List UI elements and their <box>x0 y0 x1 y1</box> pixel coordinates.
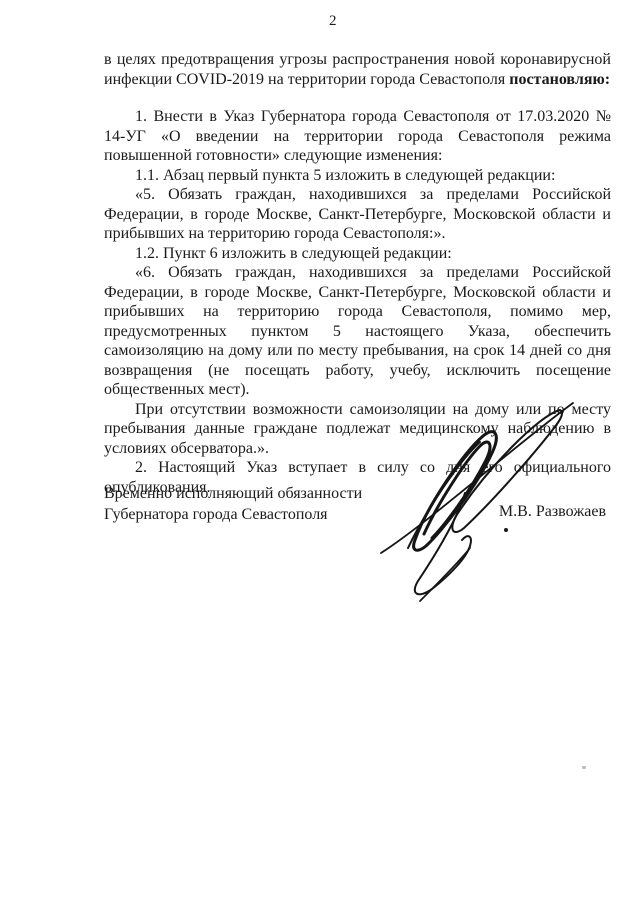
document-body: в целях предотвращения угрозы распростра… <box>104 50 611 497</box>
intro-paragraph: в целях предотвращения угрозы распростра… <box>104 50 611 89</box>
paragraph-item-1: 1. Внести в Указ Губернатора города Сева… <box>104 107 611 166</box>
document-page: 2 в целях предотвращения угрозы распрост… <box>0 0 639 904</box>
signatory-name: М.В. Развожаев <box>499 501 606 522</box>
intro-bold-resolution-word: постановляю: <box>509 71 610 88</box>
ink-dot <box>504 528 508 532</box>
signature-block: Временно исполняющий обязанности Губерна… <box>104 483 611 525</box>
page-number: 2 <box>104 13 562 30</box>
paragraph-observation: При отсутствии возможности самоизоляции … <box>104 400 611 459</box>
paragraph-item-1-1: 1.1. Абзац первый пункта 5 изложить в сл… <box>104 166 611 186</box>
paragraph-quote-6: «6. Обязать граждан, находившихся за пре… <box>104 263 611 400</box>
paragraph-quote-5: «5. Обязать граждан, находившихся за пре… <box>104 185 611 244</box>
paragraph-item-1-2: 1.2. Пункт 6 изложить в следующей редакц… <box>104 244 611 264</box>
scan-speck <box>582 766 586 769</box>
